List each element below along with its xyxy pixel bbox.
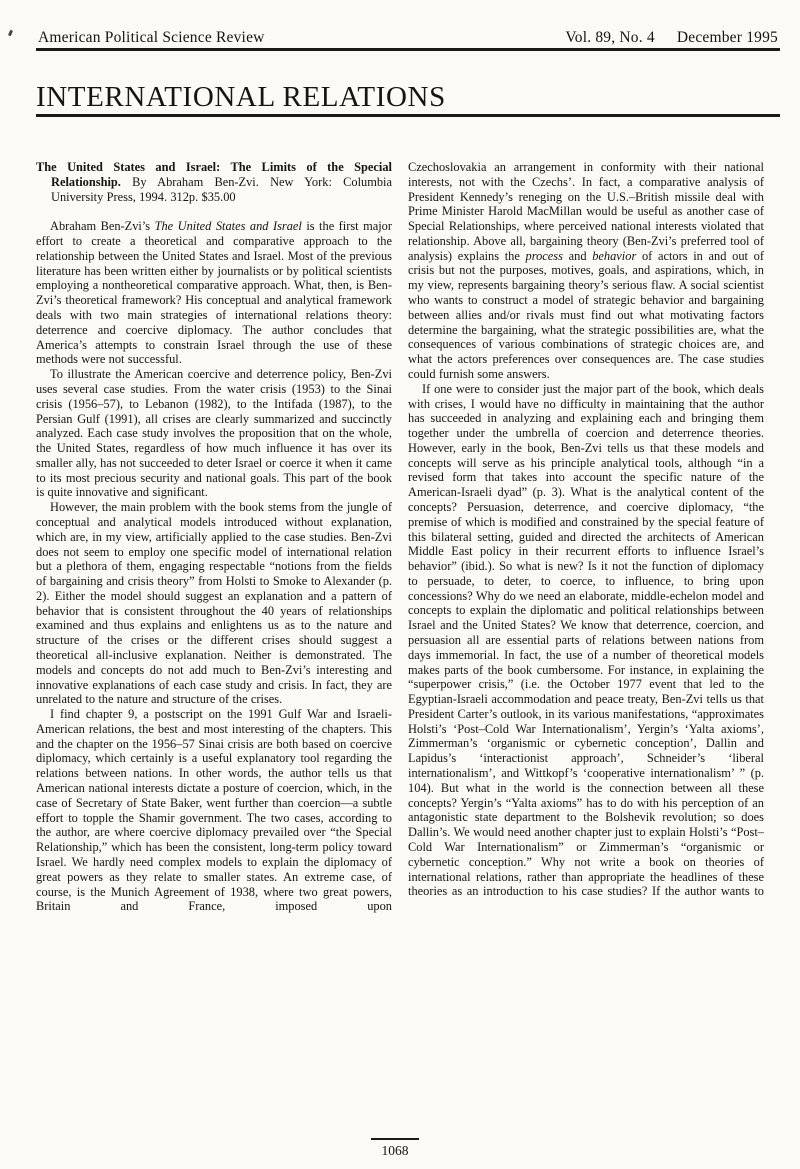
paragraph: If one were to consider just the major p… xyxy=(408,382,764,899)
left-column-text: Abraham Ben-Zvi’s The United States and … xyxy=(36,219,392,914)
left-column: The United States and Israel: The Limits… xyxy=(36,160,392,914)
page-number: 1068 xyxy=(382,1143,409,1158)
text-run: I find chapter 9, a postscript on the 19… xyxy=(36,707,392,913)
volume-issue: Vol. 89, No. 4 xyxy=(565,29,655,47)
text-run: Czechoslovakia an arrangement in conform… xyxy=(408,160,764,263)
footer-rule xyxy=(371,1138,419,1140)
right-column-text: Czechoslovakia an arrangement in conform… xyxy=(408,160,764,899)
review-body: The United States and Israel: The Limits… xyxy=(36,160,764,914)
section-title: INTERNATIONAL RELATIONS xyxy=(36,83,446,112)
italic-text: The United States and Israel xyxy=(155,219,302,233)
text-run: If one were to consider just the major p… xyxy=(408,382,764,899)
paragraph: I find chapter 9, a postscript on the 19… xyxy=(36,707,392,914)
section-title-rule xyxy=(36,114,780,117)
text-run: of actors in and out of crisis but not t… xyxy=(408,249,764,381)
paragraph: Abraham Ben-Zvi’s The United States and … xyxy=(36,219,392,367)
text-run: To illustrate the American coercive and … xyxy=(36,367,392,499)
text-run: Abraham Ben-Zvi’s xyxy=(50,219,155,233)
right-column: Czechoslovakia an arrangement in conform… xyxy=(408,160,764,914)
page-footer: 1068 xyxy=(0,1138,790,1159)
paragraph: To illustrate the American coercive and … xyxy=(36,367,392,500)
journal-page: { "header": { "journal": "American Polit… xyxy=(0,0,800,1169)
text-run: is the first major effort to create a th… xyxy=(36,219,392,366)
text-run: and xyxy=(563,249,592,263)
header-rule xyxy=(36,48,780,51)
journal-name: American Political Science Review xyxy=(38,29,265,47)
paragraph: However, the main problem with the book … xyxy=(36,500,392,707)
paragraph: Czechoslovakia an arrangement in conform… xyxy=(408,160,764,382)
italic-text: process xyxy=(526,249,563,263)
scan-artifact xyxy=(8,30,13,37)
text-run: However, the main problem with the book … xyxy=(36,500,392,706)
book-citation: The United States and Israel: The Limits… xyxy=(36,160,392,204)
italic-text: behavior xyxy=(592,249,636,263)
issue-date: December 1995 xyxy=(677,29,778,47)
running-header: American Political Science Review Vol. 8… xyxy=(38,29,778,47)
